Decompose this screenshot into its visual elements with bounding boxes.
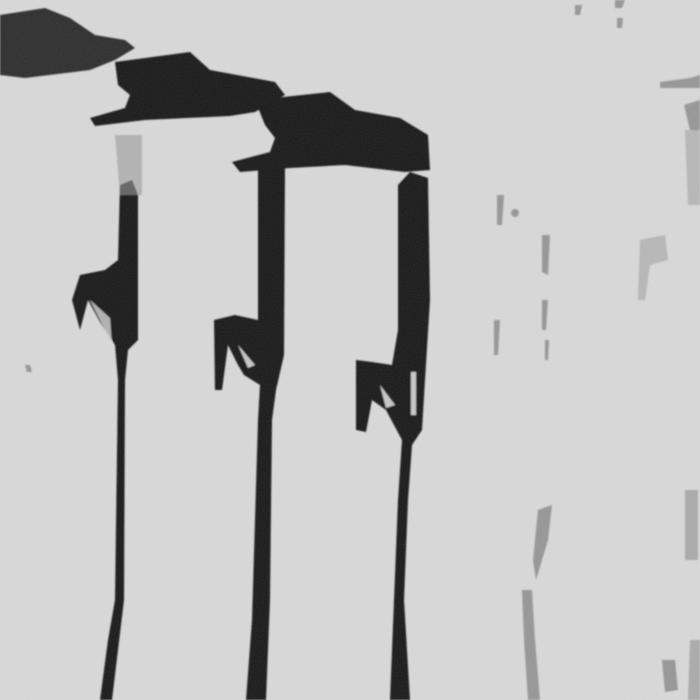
abstract-poles-artwork bbox=[0, 0, 700, 700]
artwork-canvas: High-contrast grainy black-and-white abs… bbox=[0, 0, 700, 700]
